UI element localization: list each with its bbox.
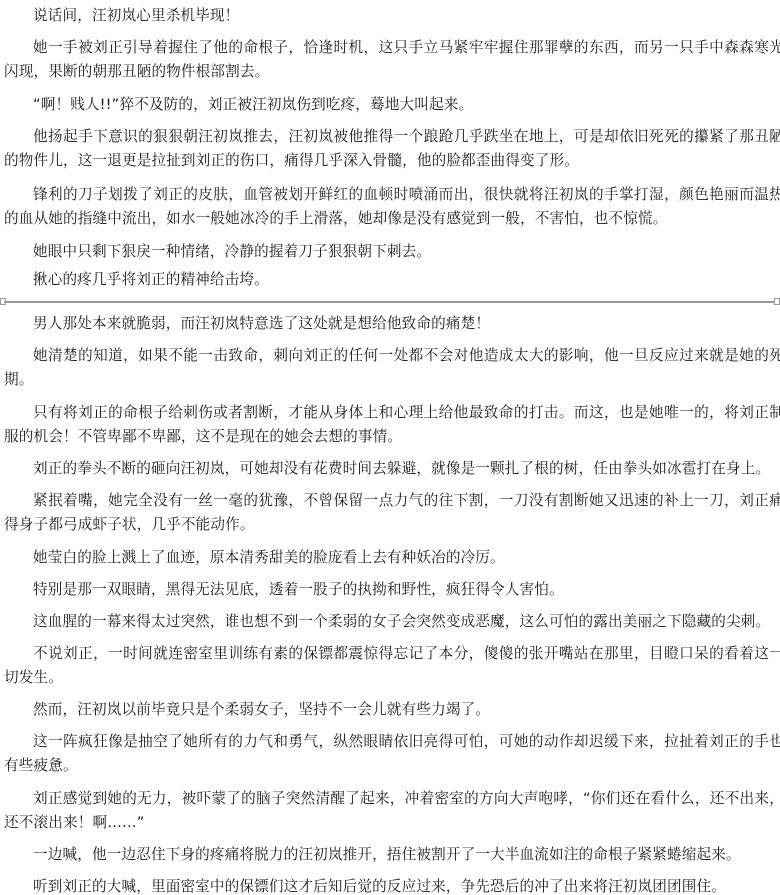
paragraph: 她一手被刘正引导着握住了他的命根子，恰逢时机，这只手立马紧牢牢握住那罪孽的东西，… [0,36,780,84]
paragraph: “啊！贱人!!”猝不及防的，刘正被汪初岚伤到吃疼，蓦地大叫起来。 [0,93,780,117]
paragraph: 一边喊，他一边忍住下身的疼痛将脱力的汪初岚推开，捂住被割开了一大半血流如注的命根… [0,843,780,867]
paragraph: 揪心的疼几乎将刘正的精神给击垮。 [0,268,780,292]
paragraph: 他扬起手下意识的狠狠朝汪初岚推去，汪初岚被他推得一个踉跄几乎跌坐在地上，可是却依… [0,125,780,173]
paragraph: 说话间，汪初岚心里杀机毕现！ [0,4,780,28]
page-separator [0,298,780,306]
paragraph: 这一阵疯狂像是抽空了她所有的力气和勇气，纵然眼睛依旧亮得可怕，可她的动作却迟缓下… [0,730,780,778]
paragraph: 然而，汪初岚以前毕竟只是个柔弱女子，坚持不一会儿就有些力竭了。 [0,698,780,722]
paragraph: 只有将刘正的命根子给刺伤或者割断，才能从身体上和心理上给他最致命的打击。而这，也… [0,401,780,449]
separator-line [4,301,776,303]
paragraph: 她眼中只剩下狠戾一种情绪，冷静的握着刀子狠狠朝下刺去。 [0,240,780,264]
paragraph: 锋利的刀子划拨了刘正的皮肤，血管被划开鲜红的血顿时喷涌而出，很快就将汪初岚的手掌… [0,183,780,231]
paragraph: 不说刘正，一时间就连密室里训练有素的保镖都震惊得忘记了本分，傻傻的张开嘴站在那里… [0,642,780,690]
paragraph: 她莹白的脸上溅上了血迹，原本清秀甜美的脸庞看上去有种妖冶的冷厉。 [0,546,780,570]
paragraph: 刘正的拳头不断的砸向汪初岚，可她却没有花费时间去躲避，就像是一颗扎了根的树，任由… [0,457,780,481]
paragraph: 紧抿着嘴，她完全没有一丝一毫的犹豫，不曾保留一点力气的往下割，一刀没有割断她又迅… [0,489,780,537]
paragraph: 这血腥的一幕来得太过突然，谁也想不到一个柔弱的女子会突然变成恶魔，这么可怕的露出… [0,610,780,634]
paragraph: 她清楚的知道，如果不能一击致命，刺向刘正的任何一处都不会对他造成太大的影响，他一… [0,344,780,392]
paragraph: 刘正感觉到她的无力，被吓蒙了的脑子突然清醒了起来，冲着密室的方向大声咆哮，“你们… [0,787,780,835]
paragraph: 听到刘正的大喊，里面密室中的保镖们这才后知后觉的反应过来，争先恐后的冲了出来将汪… [0,875,780,895]
resize-handle-icon[interactable] [774,298,780,305]
paragraph: 男人那处本来就脆弱，而汪初岚特意选了这处就是想给他致命的痛楚！ [0,312,780,336]
paragraph: 特别是那一双眼睛，黑得无法见底，透着一股子的执拗和野性，疯狂得令人害怕。 [0,578,780,602]
